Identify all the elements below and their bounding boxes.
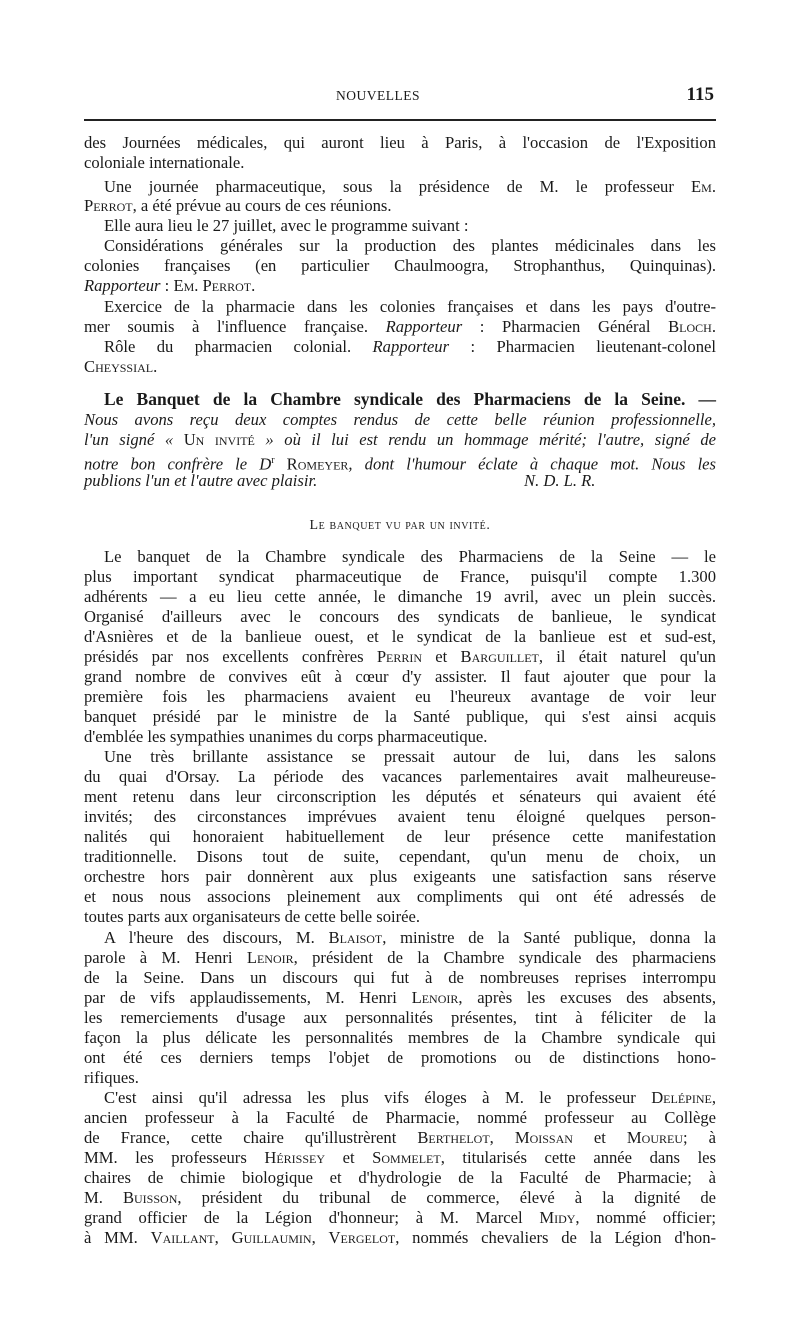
- text-line: Une très brillante assistance se pressai…: [84, 747, 716, 767]
- text-line: présidés par nos excellents confrères Pe…: [84, 647, 716, 667]
- text-line: Perrot, a été prévue au cours de ces réu…: [84, 196, 716, 216]
- note-line: notre bon confrère le Dr Romeyer, dont l…: [84, 451, 716, 471]
- text-line: à MM. Vaillant, Guillaumin, Vergelot, no…: [84, 1228, 716, 1248]
- text-line: et nous nous associons pleinement aux co…: [84, 887, 716, 907]
- text-line: chaires de chimie biologique et d'hydrol…: [84, 1168, 716, 1188]
- note-line: l'un signé « Un invité » où il lui est r…: [84, 430, 716, 450]
- header-rule: [84, 119, 716, 121]
- note-line: publions l'un et l'autre avec plaisir.N.…: [84, 471, 716, 491]
- text-line: d'Asnières et de la banlieue ouest, et l…: [84, 627, 716, 647]
- text-line: plus important syndicat pharmaceutique d…: [84, 567, 716, 587]
- text-line: ancien professeur à la Faculté de Pharma…: [84, 1108, 716, 1128]
- text-line: Exercice de la pharmacie dans les coloni…: [84, 297, 716, 317]
- text-line: A l'heure des discours, M. Blaisot, mini…: [84, 928, 716, 948]
- text-line: mer soumis à l'influence française. Rapp…: [84, 317, 716, 337]
- text-line: de la Seine. Dans un discours qui fut à …: [84, 968, 716, 988]
- text-line: Rôle du pharmacien colonial. Rapporteur …: [84, 337, 716, 357]
- text-line: Une journée pharmaceutique, sous la prés…: [84, 177, 716, 197]
- text-line: Rapporteur : Em. Perrot.: [84, 276, 716, 296]
- text-line: de France, cette chaire qu'illustrèrent …: [84, 1128, 716, 1148]
- editorial-signature: N. D. L. R.: [524, 471, 595, 491]
- text-line: C'est ainsi qu'il adressa les plus vifs …: [84, 1088, 716, 1108]
- text-line: orchestre hors pair donnèrent aux plus e…: [84, 867, 716, 887]
- text-line: Le banquet de la Chambre syndicale des P…: [84, 547, 716, 567]
- text-line: d'emblée les sympathies unanimes du corp…: [84, 727, 716, 747]
- text-line: colonies françaises (en particulier Chau…: [84, 256, 716, 276]
- text-line: du quai d'Orsay. La période des vacances…: [84, 767, 716, 787]
- text-line: Cheyssial.: [84, 357, 716, 377]
- text-line: ment retenu dans leur circonscription le…: [84, 787, 716, 807]
- text-line: Organisé d'ailleurs avec le concours des…: [84, 607, 716, 627]
- text-line: par de vifs applaudissements, M. Henri L…: [84, 988, 716, 1008]
- text-line: M. Buisson, président du tribunal de com…: [84, 1188, 716, 1208]
- note-line: Nous avons reçu deux comptes rendus de c…: [84, 410, 716, 430]
- text-line: invités; des circonstances imprévues ava…: [84, 807, 716, 827]
- text-line: première fois les pharmaciens avaient eu…: [84, 687, 716, 707]
- text-line: des Journées médicales, qui auront lieu …: [84, 133, 716, 153]
- page-number: 115: [687, 84, 714, 106]
- text-line: Elle aura lieu le 27 juillet, avec le pr…: [84, 216, 716, 236]
- text-line: ont été ces derniers temps l'objet de pr…: [84, 1048, 716, 1068]
- text-line: façon la plus délicate les personnalités…: [84, 1028, 716, 1048]
- section-heading: Le Banquet de la Chambre syndicale des P…: [84, 389, 716, 409]
- text-line: nalités qui honoraient habituellement de…: [84, 827, 716, 847]
- text-line: Considérations générales sur la producti…: [84, 236, 716, 256]
- text-line: grand officier de la Légion d'honneur; à…: [84, 1208, 716, 1228]
- text-line: adhérents — a eu lieu cette année, le di…: [84, 587, 716, 607]
- subsection-heading: Le banquet vu par un invité.: [84, 516, 716, 536]
- text-line: traditionnelle. Disons tout de suite, ce…: [84, 847, 716, 867]
- page-header: NOUVELLES 115: [84, 86, 716, 108]
- text-line: grand nombre de convives eût à cœur d'y …: [84, 667, 716, 687]
- text-line: parole à M. Henri Lenoir, président de l…: [84, 948, 716, 968]
- text-line: coloniale internationale.: [84, 153, 716, 173]
- text-line: MM. les professeurs Hérissey et Sommelet…: [84, 1148, 716, 1168]
- text-line: banquet présidé par le ministre de la Sa…: [84, 707, 716, 727]
- running-title: NOUVELLES: [336, 88, 420, 104]
- text-line: toutes parts aux organisateurs de cette …: [84, 907, 716, 927]
- text-line: les remerciements d'usage aux personnali…: [84, 1008, 716, 1028]
- text-line: rifiques.: [84, 1068, 716, 1088]
